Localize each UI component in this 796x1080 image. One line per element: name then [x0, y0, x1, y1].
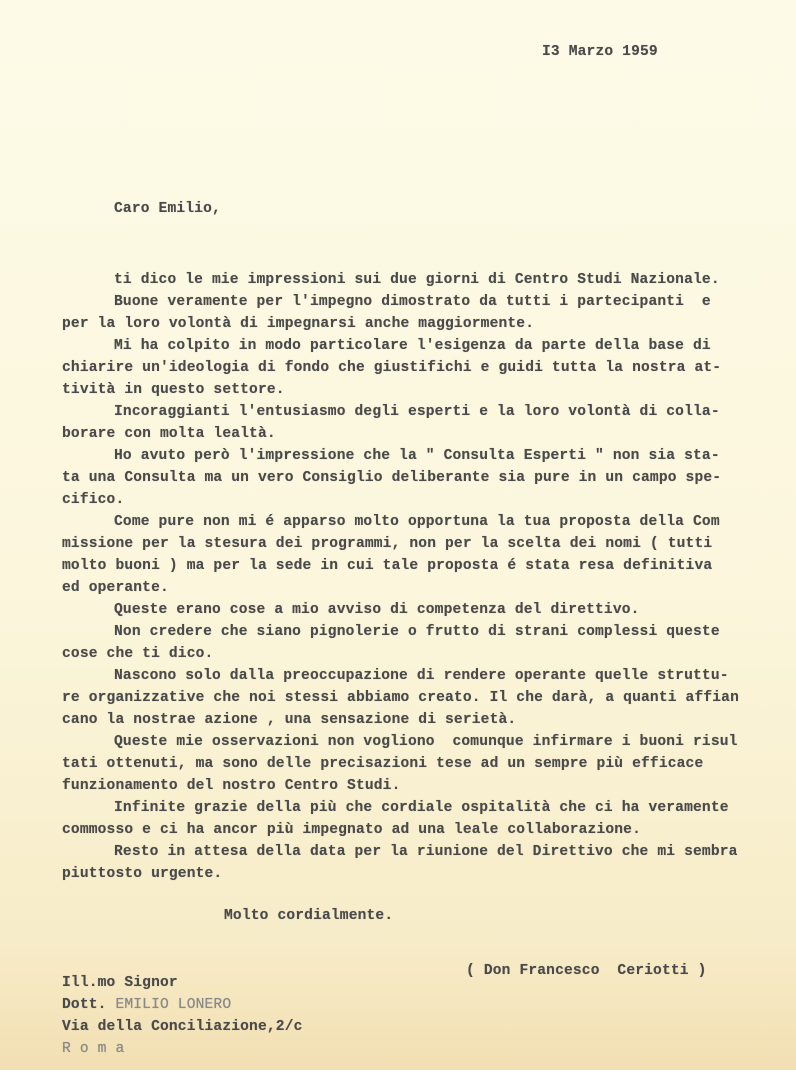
body-line: Come pure non mi é apparso molto opportu…	[114, 514, 720, 530]
address-name-line: Dott. EMILIO LONERO	[62, 997, 231, 1013]
body-line: re organizzative che noi stessi abbiamo …	[62, 690, 739, 706]
body-line: missione per la stesura dei programmi, n…	[62, 536, 712, 552]
address-prefix: Dott.	[62, 997, 115, 1013]
body-line: Incoraggianti l'entusiasmo degli esperti…	[114, 404, 720, 420]
body-line: Infinite grazie della più che cordiale o…	[114, 800, 729, 816]
body-line: ed operante.	[62, 580, 169, 596]
body-line: cano la nostrae azione , una sensazione …	[62, 712, 516, 728]
body-line: Resto in attesa della data per la riunio…	[114, 844, 738, 860]
address-city: R o m a	[62, 1041, 124, 1057]
body-line: Nascono solo dalla preoccupazione di ren…	[114, 668, 729, 684]
body-line: commosso e ci ha ancor più impegnato ad …	[62, 822, 641, 838]
body-line: borare con molta lealtà.	[62, 426, 276, 442]
body-line: funzionamento del nostro Centro Studi.	[62, 778, 401, 794]
body-line: Queste mie osservazioni non vogliono com…	[114, 734, 738, 750]
address-street: Via della Conciliazione,2/c	[62, 1019, 303, 1035]
body-line: cifico.	[62, 492, 124, 508]
body-line: Ho avuto però l'impressione che la " Con…	[114, 448, 720, 464]
body-line: ti dico le mie impressioni sui due giorn…	[114, 272, 720, 288]
body-line: molto buoni ) ma per la sede in cui tale…	[62, 558, 712, 574]
body-line: cose che ti dico.	[62, 646, 213, 662]
letter-date: I3 Marzo 1959	[542, 44, 658, 60]
body-line: Mi ha colpito in modo particolare l'esig…	[114, 338, 711, 354]
body-line: chiarire un'ideologia di fondo che giust…	[62, 360, 721, 376]
body-line: tati ottenuti, ma sono delle precisazion…	[62, 756, 703, 772]
body-line: Non credere che siano pignolerie o frutt…	[114, 624, 720, 640]
address-name: EMILIO LONERO	[115, 997, 231, 1013]
body-line: Queste erano cose a mio avviso di compet…	[114, 602, 640, 618]
body-line: tività in questo settore.	[62, 382, 285, 398]
body-line: piuttosto urgente.	[62, 866, 222, 882]
signature: ( Don Francesco Ceriotti )	[466, 963, 707, 979]
body-line: per la loro volontà di impegnarsi anche …	[62, 316, 534, 332]
salutation: Caro Emilio,	[114, 201, 221, 217]
address-title: Ill.mo Signor	[62, 975, 178, 991]
body-line: Buone veramente per l'impegno dimostrato…	[114, 294, 711, 310]
body-line: ta una Consulta ma un vero Consiglio del…	[62, 470, 721, 486]
letter-page: I3 Marzo 1959 Caro Emilio, ti dico le mi…	[0, 0, 796, 1070]
closing: Molto cordialmente.	[224, 908, 393, 924]
